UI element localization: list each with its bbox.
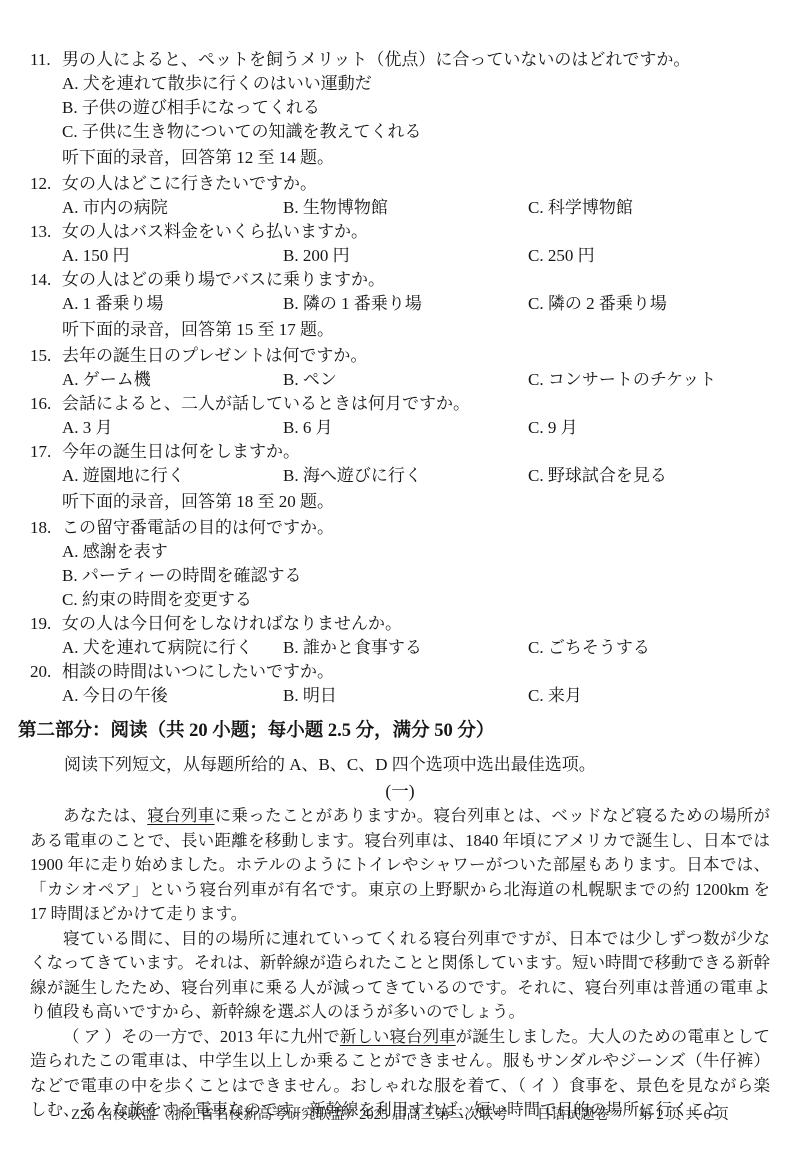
option: A. 市内の病院 [62, 196, 283, 220]
passage-title: (一) [30, 778, 770, 804]
option-row: A. 犬を連れて病院に行くB. 誰かと食事するC. ごちそうする [30, 636, 770, 660]
option: A. 150 円 [62, 244, 283, 268]
option-row: A. 1 番乗り場B. 隣の 1 番乗り場C. 隣の 2 番乗り場 [30, 292, 770, 316]
option: B. ペン [283, 368, 528, 392]
question-text: 男の人によると、ペットを飼うメリット（优点）に合っていないのはどれですか。 [62, 48, 770, 72]
question-number: 11. [30, 48, 62, 72]
section2-heading: 第二部分：阅读（共 20 小题；每小题 2.5 分，满分 50 分） [18, 718, 770, 745]
option: A. 犬を連れて病院に行く [62, 636, 283, 660]
exam-page: 11.男の人によると、ペットを飼うメリット（优点）に合っていないのはどれですか。… [0, 0, 800, 1150]
option: C. 子供に生き物についての知識を教えてくれる [62, 120, 422, 144]
option-row: A. ゲーム機B. ペンC. コンサートのチケット [30, 368, 770, 392]
reading-instruction: 阅读下列短文，从每题所给的 A、B、C、D 四个选项中选出最佳选项。 [30, 752, 770, 778]
question-number: 14. [30, 268, 62, 292]
question-text: 女の人はバス料金をいくら払いますか。 [62, 220, 770, 244]
option-row: A. 遊園地に行くB. 海へ遊びに行くC. 野球試合を見る [30, 464, 770, 488]
question-stem: 18.この留守番電話の目的は何ですか。 [30, 516, 770, 540]
option: A. 3 月 [62, 416, 283, 440]
option-row: A. 3 月B. 6 月C. 9 月 [30, 416, 770, 440]
option: B. 隣の 1 番乗り場 [283, 292, 528, 316]
question-text: この留守番電話の目的は何ですか。 [62, 516, 770, 540]
listening-questions: 11.男の人によると、ペットを飼うメリット（优点）に合っていないのはどれですか。… [30, 48, 770, 708]
passage-segment: 寝ている間に、目的の場所に連れていってくれる寝台列車ですが、日本では少しずつ数が… [30, 929, 770, 1022]
option: C. ごちそうする [528, 636, 770, 660]
option: C. コンサートのチケット [528, 368, 770, 392]
option: A. 1 番乗り場 [62, 292, 283, 316]
option-row: A. 150 円B. 200 円C. 250 円 [30, 244, 770, 268]
passage-paragraphs: あなたは、寝台列車に乗ったことがありますか。寝台列車とは、ベッドなど寝るための場… [30, 804, 770, 1123]
option-row: C. 約束の時間を変更する [30, 588, 770, 612]
passage-segment: あなたは、 [63, 806, 147, 825]
question-text: 相談の時間はいつにしたいですか。 [62, 660, 770, 684]
question-stem: 19.女の人は今日何をしなければなりませんか。 [30, 612, 770, 636]
option: B. 誰かと食事する [283, 636, 528, 660]
passage-paragraph: 寝ている間に、目的の場所に連れていってくれる寝台列車ですが、日本では少しずつ数が… [30, 927, 770, 1025]
page-footer: Z20 名校联盟（浙江省名校新高考研究联盟）2025 届高三第二次联考 日语试题… [0, 1103, 800, 1124]
question-number: 18. [30, 516, 62, 540]
underlined-term: 寝台列車 [147, 806, 214, 825]
option: C. 科学博物館 [528, 196, 770, 220]
option-row: A. 市内の病院B. 生物博物館C. 科学博物館 [30, 196, 770, 220]
option: A. 今日の午後 [62, 684, 283, 708]
option: C. 250 円 [528, 244, 770, 268]
question-number: 20. [30, 660, 62, 684]
option: A. 感謝を表す [62, 540, 168, 564]
option: C. 9 月 [528, 416, 770, 440]
listening-note: 听下面的录音，回答第 15 至 17 题。 [30, 318, 770, 342]
question-text: 女の人はどこに行きたいですか。 [62, 172, 770, 196]
question-stem: 13.女の人はバス料金をいくら払いますか。 [30, 220, 770, 244]
option: B. 明日 [283, 684, 528, 708]
question-stem: 12.女の人はどこに行きたいですか。 [30, 172, 770, 196]
option: C. 隣の 2 番乗り場 [528, 292, 770, 316]
question-stem: 11.男の人によると、ペットを飼うメリット（优点）に合っていないのはどれですか。 [30, 48, 770, 72]
option: C. 野球試合を見る [528, 464, 770, 488]
question-text: 去年の誕生日のプレゼントは何ですか。 [62, 344, 770, 368]
option: C. 来月 [528, 684, 770, 708]
listening-note: 听下面的录音，回答第 18 至 20 题。 [30, 490, 770, 514]
option-row: B. パーティーの時間を確認する [30, 564, 770, 588]
question-number: 16. [30, 392, 62, 416]
passage-segment: （ ア ）その一方で、2013 年に九州で [63, 1027, 340, 1046]
question-stem: 15.去年の誕生日のプレゼントは何ですか。 [30, 344, 770, 368]
option: C. 約束の時間を変更する [62, 588, 252, 612]
option: A. 遊園地に行く [62, 464, 283, 488]
option: A. 犬を連れて散歩に行くのはいい運動だ [62, 72, 372, 96]
question-stem: 16.会話によると、二人が話しているときは何月ですか。 [30, 392, 770, 416]
question-stem: 20.相談の時間はいつにしたいですか。 [30, 660, 770, 684]
underlined-term: 新しい寝台列車 [340, 1027, 456, 1046]
question-stem: 14.女の人はどの乗り場でバスに乗りますか。 [30, 268, 770, 292]
option: B. 200 円 [283, 244, 528, 268]
section2-heading-rest: （共 20 小题；每小题 2.5 分，满分 50 分） [148, 721, 495, 741]
option: B. 生物博物館 [283, 196, 528, 220]
option: A. ゲーム機 [62, 368, 283, 392]
option: B. 6 月 [283, 416, 528, 440]
question-text: 会話によると、二人が話しているときは何月ですか。 [62, 392, 770, 416]
question-text: 今年の誕生日は何をしますか。 [62, 440, 770, 464]
option-row: B. 子供の遊び相手になってくれる [30, 96, 770, 120]
question-text: 女の人は今日何をしなければなりませんか。 [62, 612, 770, 636]
option: B. 子供の遊び相手になってくれる [62, 96, 320, 120]
option: B. パーティーの時間を確認する [62, 564, 301, 588]
listening-note: 听下面的录音，回答第 12 至 14 题。 [30, 146, 770, 170]
question-number: 15. [30, 344, 62, 368]
question-number: 17. [30, 440, 62, 464]
question-number: 13. [30, 220, 62, 244]
option-row: C. 子供に生き物についての知識を教えてくれる [30, 120, 770, 144]
option-row: A. 感謝を表す [30, 540, 770, 564]
option-row: A. 今日の午後B. 明日C. 来月 [30, 684, 770, 708]
section2-heading-lead: 第二部分：阅读 [18, 721, 148, 741]
question-number: 12. [30, 172, 62, 196]
option: B. 海へ遊びに行く [283, 464, 528, 488]
option-row: A. 犬を連れて散歩に行くのはいい運動だ [30, 72, 770, 96]
question-stem: 17.今年の誕生日は何をしますか。 [30, 440, 770, 464]
question-text: 女の人はどの乗り場でバスに乗りますか。 [62, 268, 770, 292]
passage-paragraph: あなたは、寝台列車に乗ったことがありますか。寝台列車とは、ベッドなど寝るための場… [30, 804, 770, 927]
question-number: 19. [30, 612, 62, 636]
